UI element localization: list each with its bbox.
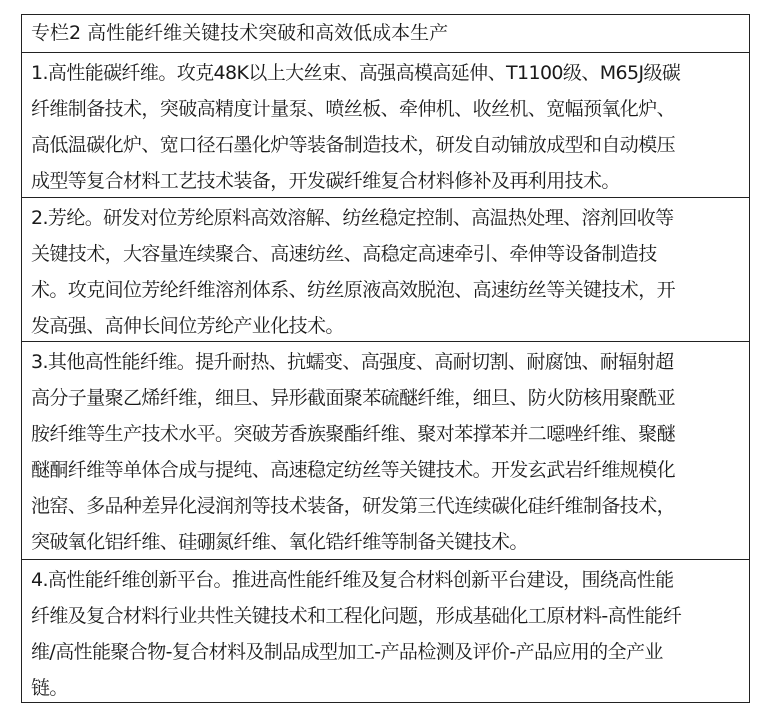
text-line: 成型等复合材料工艺技术装备，开发碳纤维复合材料修补及再利用技术。 [31,163,740,198]
box-title: 专栏2 高性能纤维关键技术突破和高效低成本生产 [22,15,749,53]
text-line: 发高强、高伸长间位芳纶产业化技术。 [31,308,740,342]
row-aramid: 2.芳纶。研发对位芳纶原料高效溶解、纺丝稳定控制、高温热处理、溶剂回收等 关键技… [22,198,749,342]
text-line: 纤维制备技术，突破高精度计量泵、喷丝板、牵伸机、收丝机、宽幅预氧化炉、 [31,91,740,127]
text-line: 高分子量聚乙烯纤维，细旦、异形截面聚苯硫醚纤维，细旦、防火防核用聚酰亚 [31,380,740,416]
text-line: 2.芳纶。研发对位芳纶原料高效溶解、纺丝稳定控制、高温热处理、溶剂回收等 [31,200,740,236]
feature-box-table: 专栏2 高性能纤维关键技术突破和高效低成本生产 1.高性能碳纤维。攻克48K以上… [21,14,750,703]
text-line: 胺纤维等生产技术水平。突破芳香族聚酯纤维、聚对苯撑苯并二噁唑纤维、聚醚 [31,416,740,452]
text-line: 4.高性能纤维创新平台。推进高性能纤维及复合材料创新平台建设，围绕高性能 [31,562,740,598]
text-line: 术。攻克间位芳纶纤维溶剂体系、纺丝原液高效脱泡、高速纺丝等关键技术，开 [31,272,740,308]
text-line: 池窑、多品种差异化浸润剂等技术装备，研发第三代连续碳化硅纤维制备技术， [31,488,740,524]
text-line: 链。 [31,670,740,702]
text-line: 1.高性能碳纤维。攻克48K以上大丝束、高强高模高延伸、T1100级、M65J级… [31,55,740,91]
text-line: 突破氧化铝纤维、硅硼氮纤维、氧化锆纤维等制备关键技术。 [31,524,740,560]
text-line: 3.其他高性能纤维。提升耐热、抗蠕变、高强度、高耐切割、耐腐蚀、耐辐射超 [31,344,740,380]
text-line: 高低温碳化炉、宽口径石墨化炉等装备制造技术，研发自动铺放成型和自动模压 [31,127,740,163]
text-line: 关键技术，大容量连续聚合、高速纺丝、高稳定高速牵引、牵伸等设备制造技 [31,236,740,272]
text-line: 纤维及复合材料行业共性关键技术和工程化问题，形成基础化工原材料-高性能纤 [31,598,740,634]
row-innovation-platform: 4.高性能纤维创新平台。推进高性能纤维及复合材料创新平台建设，围绕高性能 纤维及… [22,560,749,702]
row-carbon-fiber: 1.高性能碳纤维。攻克48K以上大丝束、高强高模高延伸、T1100级、M65J级… [22,53,749,198]
row-other-fibers: 3.其他高性能纤维。提升耐热、抗蠕变、高强度、高耐切割、耐腐蚀、耐辐射超 高分子… [22,342,749,560]
text-line: 醚酮纤维等单体合成与提纯、高速稳定纺丝等关键技术。开发玄武岩纤维规模化 [31,452,740,488]
text-line: 维/高性能聚合物-复合材料及制品成型加工-产品检测及评价-产品应用的全产业 [31,634,740,670]
